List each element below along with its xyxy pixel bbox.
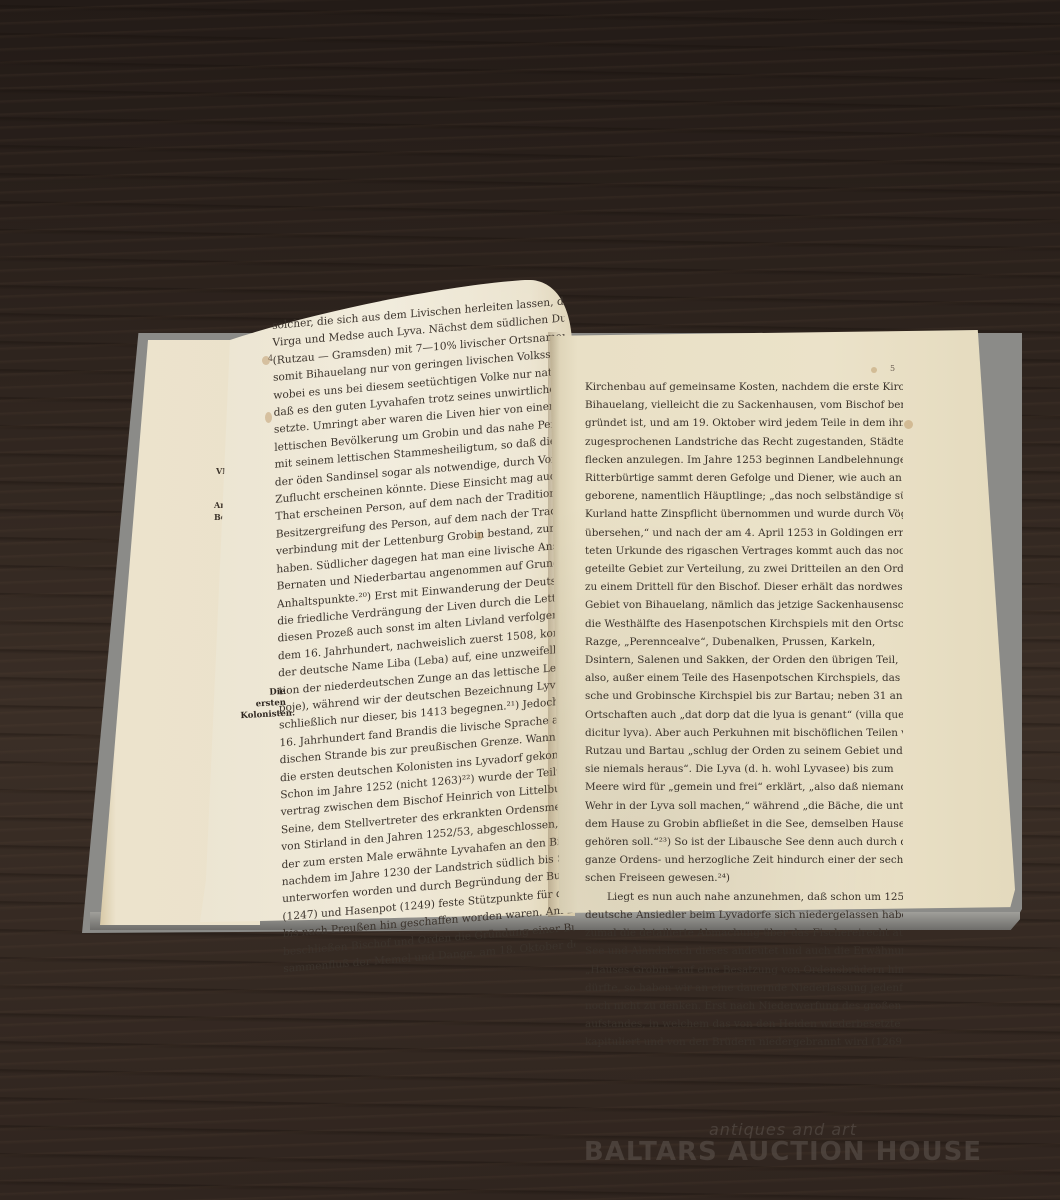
text-line: Kurland hatte Zinspflicht übernommen und… xyxy=(585,505,903,523)
foxing-spot xyxy=(871,367,877,373)
text-line: Rutzau und Bartau „schlug der Orden zu s… xyxy=(585,742,903,760)
text-line: gehören soll.“²³) So ist der Libausche S… xyxy=(585,833,903,851)
text-line: Liegt es nun auch nahe anzunehmen, daß s… xyxy=(585,888,903,906)
text-line: sie niemals heraus“. Die Lyva (d. h. woh… xyxy=(585,760,903,778)
text-line: dem Hause zu Grobin abfließet in die See… xyxy=(585,815,903,833)
watermark-tagline: antiques and art xyxy=(583,1122,983,1138)
text-line: Meere wird für „gemein und frei“ erklärt… xyxy=(585,778,903,796)
text-line: sche und Grobinsche Kirchspiel bis zur B… xyxy=(585,687,903,705)
text-line: Ritterbürtige sammt deren Gefolge und Di… xyxy=(585,469,903,487)
text-line: geborene, namentlich Häuptlinge; „das no… xyxy=(585,487,903,505)
foxing-spot xyxy=(904,420,913,429)
text-line: aufstandes, in welchem das von den Heide… xyxy=(585,1015,903,1033)
paragraph-1: Kirchenbau auf gemeinsame Kosten, nachde… xyxy=(585,378,903,888)
foxing-spot xyxy=(475,532,483,540)
text-line: zumal die detailierte Abmachung über das… xyxy=(585,924,903,942)
text-line: Kirchenbau auf gemeinsame Kosten, nachde… xyxy=(585,378,903,396)
left-page-text: solcher, die sich aus dem Livischen herl… xyxy=(272,294,575,979)
text-line: deutsche Ansiedler beim Lyvadorfe sich n… xyxy=(585,906,903,924)
paragraph-2: Liegt es nun auch nahe anzunehmen, daß s… xyxy=(585,888,903,1052)
text-line: Gebiet von Bihauelang, nämlich das jetzi… xyxy=(585,596,903,614)
text-line: die Westhälfte des Hasenpotschen Kirchsp… xyxy=(585,615,903,633)
text-line: dürfte, so haben wir an eine dauernde Ni… xyxy=(585,979,903,997)
text-line: kapituliert und von den Brüdern niederge… xyxy=(585,1033,903,1051)
foxing-spot xyxy=(265,412,272,423)
text-line: Ortschaften auch „dat dorp dat die lyua … xyxy=(585,706,903,724)
book-gutter xyxy=(548,332,560,917)
photo-scene: VI. Ann Beil 4 Die ersten Kolonisten. so… xyxy=(0,0,1060,1200)
text-line: also, außer einem Teile des Hasenpotsche… xyxy=(585,669,903,687)
text-line: Wehr in der Lyva soll machen,“ während „… xyxy=(585,797,903,815)
watermark: antiques and art BALTARS AUCTION HOUSE xyxy=(583,1122,983,1166)
text-line: Razge, „Perenncealve“, Dubenalken, Pruss… xyxy=(585,633,903,651)
text-line: übersehen,“ und nach der am 4. April 125… xyxy=(585,524,903,542)
text-line: ganze Ordens- und herzogliche Zeit hindu… xyxy=(585,851,903,869)
text-line: noch nicht zu denken. Erst nach Niederwe… xyxy=(585,997,903,1015)
text-line: flecken anzulegen. Im Jahre 1253 beginne… xyxy=(585,451,903,469)
page-number-right: 5 xyxy=(890,364,895,373)
text-line: schen Freiseen gewesen.²⁴) xyxy=(585,869,903,887)
text-line: zu einem Drittell für den Bischof. Diese… xyxy=(585,578,903,596)
watermark-name: BALTARS AUCTION HOUSE xyxy=(583,1138,983,1166)
text-line: Bihauelang, vielleicht die zu Sackenhaus… xyxy=(585,396,903,414)
text-line: dicitur lyva). Aber auch Perkuhnen mit b… xyxy=(585,724,903,742)
text-line: geteilte Gebiet zur Verteilung, zu zwei … xyxy=(585,560,903,578)
foxing-spot xyxy=(262,356,270,365)
text-line: gründet ist, und am 19. Oktober wird jed… xyxy=(585,414,903,432)
text-line: teten Urkunde des rigaschen Vertrages ko… xyxy=(585,542,903,560)
text-line: See und Alandsbach dieses andeutet und a… xyxy=(585,942,903,960)
text-line: Dsintern, Salenen und Sakken, der Orden … xyxy=(585,651,903,669)
text-line: zugesprochenen Landstriche das Recht zug… xyxy=(585,433,903,451)
right-page-text: Kirchenbau auf gemeinsame Kosten, nachde… xyxy=(585,378,903,1052)
text-line: „Hauses Grobin“ auf eine Besatzung von O… xyxy=(585,961,903,979)
